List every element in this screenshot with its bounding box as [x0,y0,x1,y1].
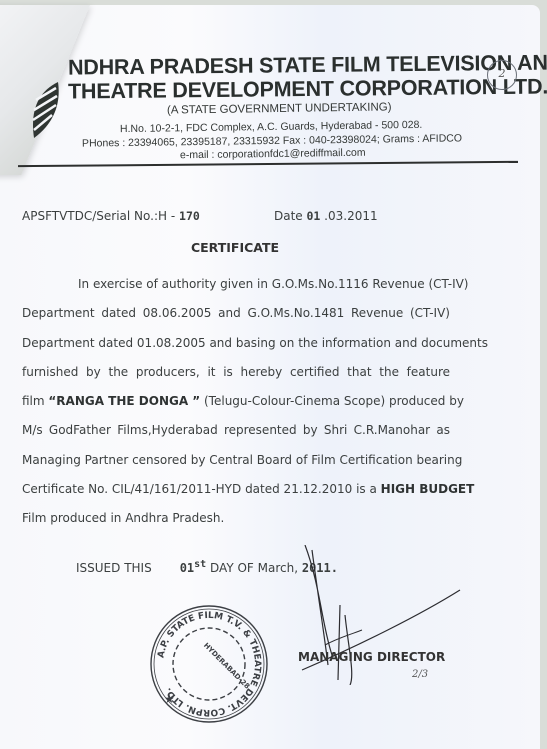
date-rest: .03.2011 [320,209,377,223]
body-line: Film produced in Andhra Pradesh. [22,504,450,533]
reference-prefix: APSFTVTDC/Serial No.:H - [22,209,179,223]
star-icon: ★ [164,692,175,706]
date-day: 01 [307,209,321,223]
handwritten-circled-mark: 2 [487,60,517,90]
date-label: Date [274,209,307,223]
body-line: Department dated 08.06.2005 and G.O.Ms.N… [22,299,450,328]
film-suffix: (Telugu-Colour-Cinema Scope) produced by [200,394,464,408]
org-name-line2: THEATRE DEVELOPMENT CORPORATION LTD. [68,74,547,104]
reference-number: APSFTVTDC/Serial No.:H - 170 [22,209,200,223]
budget-category: HIGH BUDGET [381,482,475,496]
letterhead-divider [18,161,518,167]
certificate-number-text: Certificate No. CIL/41/161/2011-HYD date… [22,482,381,496]
issue-date: Date 01 .03.2011 [274,209,378,223]
issued-prefix: ISSUED THIS [76,561,152,575]
official-seal-stamp: A.P. STATE FILM T.V. & THEATRE DEVT. COR… [148,603,270,725]
film-name: “RANGA THE DONGA ” [48,394,200,408]
film-reel-leaf-logo-icon [28,80,64,140]
issued-day: 01 [180,561,194,575]
document-page: NDHRA PRADESH STATE FILM TELEVISION AND … [0,5,540,749]
body-line: furnished by the producers, it is hereby… [22,358,450,387]
signature [300,545,470,685]
body-line: In exercise of authority given in G.O.Ms… [22,270,450,299]
body-line: Department dated 01.08.2005 and basing o… [22,329,450,358]
serial-number: 170 [179,209,200,223]
certificate-title: CERTIFICATE [0,240,470,255]
certificate-body: In exercise of authority given in G.O.Ms… [22,270,450,534]
signatory-title: MANAGING DIRECTOR [298,650,445,664]
body-line-film: film “RANGA THE DONGA ” (Telugu-Colour-C… [22,387,450,416]
org-subtitle: (A STATE GOVERNMENT UNDERTAKING) [167,101,392,116]
body-line: Managing Partner censored by Central Boa… [22,446,450,475]
body-line: M/s GodFather Films,Hyderabad represente… [22,416,450,445]
film-prefix: film [22,394,48,408]
issued-statement: ISSUED THIS01st DAY OF March, 2011. [76,559,338,575]
handwritten-initials: 2/3 [412,669,428,680]
org-email: e-mail : corporationfdc1@rediffmail.com [180,147,366,162]
issued-month: DAY OF March, [206,561,302,575]
body-line-budget: Certificate No. CIL/41/161/2011-HYD date… [22,475,450,504]
issued-day-suffix: st [194,559,206,570]
